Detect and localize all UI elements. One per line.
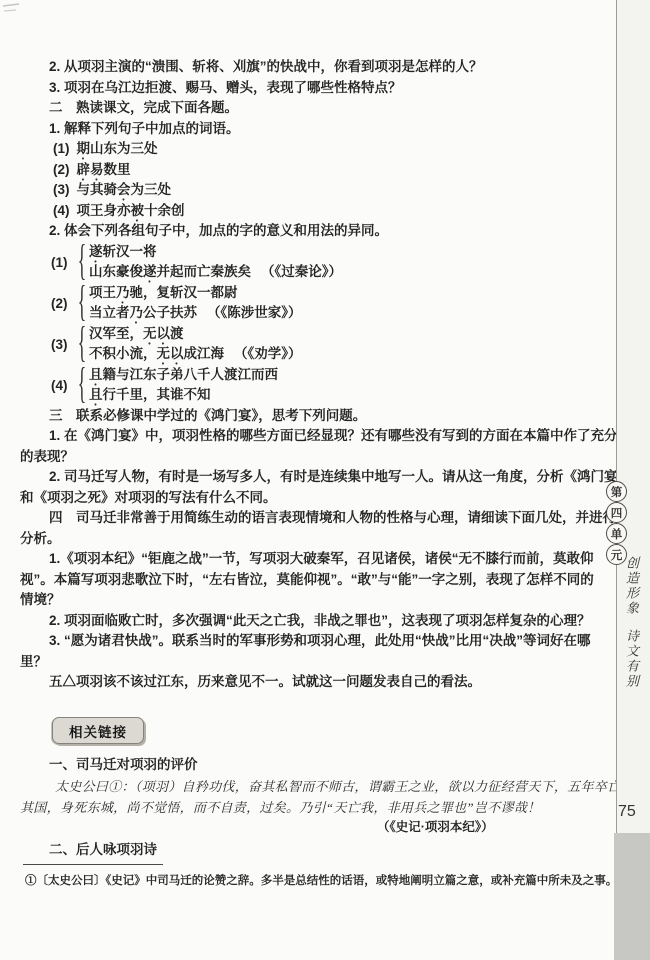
exercise-line: 视”。本篇写项羽悲歌泣下时，“左右皆泣，莫能仰视”。“敢”与“能”一字之别，表现… bbox=[20, 570, 605, 591]
page-edge-line bbox=[616, 0, 617, 960]
exercise-line: 3. 项羽在乌江边拒渡、赐马、赠头，表现了哪些性格特点？ bbox=[20, 78, 605, 99]
exercise-line: 里？ bbox=[20, 652, 605, 673]
exercise-line: 情境？ bbox=[20, 590, 605, 611]
section-heading: 三 联系必修课中学过的《鸿门宴》，思考下列问题。 bbox=[20, 406, 605, 427]
quote-line: 太史公曰①：（项羽）自矜功伐，奋其私智而不师古，谓霸王之业，欲以力征经营天下，五… bbox=[55, 776, 620, 795]
sentence-pair: (3) 汉军至，无以渡 不积小流，无以成江海（《劝学》） bbox=[20, 324, 605, 365]
source-citation: （《陈涉世家》） bbox=[207, 305, 302, 320]
dotted-word: 且 bbox=[89, 387, 103, 402]
dotted-word: 辟易 bbox=[77, 162, 104, 177]
exercise-line: 1. 解释下列句子中加点的词语。 bbox=[20, 119, 605, 140]
dotted-word: 且 bbox=[89, 367, 103, 382]
textbook-page: { "page": { "number": "75", "unit_chars"… bbox=[0, 0, 650, 960]
unit-char-circle: 元 bbox=[606, 544, 627, 565]
pair-sentence: 且行千里，其谁不知 bbox=[89, 385, 278, 406]
pair-sentence: 不积小流，无以成江海（《劝学》） bbox=[89, 344, 302, 365]
sentence-pair: (2) 项王乃驰，复斩汉一都尉 当立者乃公子扶苏（《陈涉世家》） bbox=[20, 283, 605, 324]
exercise-line: 2. 司马迁写人物，有时是一场写多人，有时是连续集中地写一人。请从这一角度，分析… bbox=[20, 467, 605, 488]
item-number: (2) bbox=[51, 296, 75, 311]
item-number: (2) bbox=[53, 160, 70, 181]
unit-char-circle: 四 bbox=[606, 502, 627, 523]
related-links-label: 相关链接 bbox=[69, 721, 127, 741]
dotted-word: 被 bbox=[131, 203, 145, 218]
brace-icon bbox=[77, 361, 87, 409]
sentence-pair: (1) 遂斩汉一将 山东豪俊遂并起而亡秦族矣（《过秦论》） bbox=[20, 242, 605, 283]
section-heading: 二 熟读课文，完成下面各题。 bbox=[20, 98, 605, 119]
exercise-line: 分析。 bbox=[20, 529, 605, 550]
footnote-divider bbox=[23, 864, 163, 865]
dotted-word: 遂 bbox=[143, 264, 157, 279]
word-item: (1)期山东为三处 bbox=[20, 139, 605, 160]
exercise-line: 1.《项羽本纪》“钜鹿之战”一节，写项羽大破秦军，召见诸侯，诸侯“无不膝行而前，… bbox=[20, 549, 605, 570]
page-edge-shading bbox=[614, 833, 650, 960]
item-number: (4) bbox=[51, 378, 75, 393]
pair-sentence: 山东豪俊遂并起而亡秦族矣（《过秦论》） bbox=[89, 262, 342, 283]
exercise-line: 2. 从项羽主演的“溃围、斩将、刈旗”的快战中，你看到项羽是怎样的人？ bbox=[20, 57, 605, 78]
exercise-line: 的表现？ bbox=[20, 447, 605, 468]
section-heading: 五△项羽该不该过江东，历来意见不一。试就这一问题发表自己的看法。 bbox=[20, 672, 605, 693]
unit-subtitle: 创造形象诗文有别 bbox=[622, 556, 641, 706]
source-citation: （《劝学》） bbox=[234, 346, 302, 361]
dotted-word: 无以 bbox=[157, 346, 184, 361]
related-links-badge: 相关链接 bbox=[52, 717, 144, 744]
dotted-word: 乃 bbox=[116, 285, 130, 300]
pair-sentence: 汉军至，无以渡 bbox=[89, 324, 302, 345]
word-item: (3)与其骑会为三处 bbox=[20, 180, 605, 201]
word-item: (4)项王身亦被十余创 bbox=[20, 201, 605, 222]
source-citation: （《过秦论》） bbox=[261, 264, 342, 279]
quote-line: 其国，身死东城，尚不觉悟，而不自责，过矣。乃引“天亡我，非用兵之罪也”岂不谬哉！ bbox=[20, 797, 540, 816]
pair-sentence: 当立者乃公子扶苏（《陈涉世家》） bbox=[89, 303, 302, 324]
exercise-line: 2. 体会下列各组句子中，加点的字的意义和用法的异同。 bbox=[20, 221, 605, 242]
footnote: ①〔太史公曰〕《史记》中司马迁的论赞之辞。多半是总结性的话语，或特地阐明立篇之意… bbox=[25, 874, 625, 889]
exercise-line: 和《项羽之死》对项羽的写法有什么不同。 bbox=[20, 488, 605, 509]
pair-sentence: 项王乃驰，复斩汉一都尉 bbox=[89, 283, 302, 304]
dotted-word: 无以 bbox=[143, 326, 170, 341]
item-number: (3) bbox=[51, 337, 75, 352]
link-heading-2: 二、后人咏项羽诗 bbox=[49, 838, 157, 858]
item-number: (1) bbox=[51, 255, 75, 270]
pair-sentence: 且籍与江东子弟八千人渡江而西 bbox=[89, 365, 278, 386]
scan-artifact-icon bbox=[2, 2, 22, 14]
exercise-line: 2. 项羽面临败亡时，多次强调“此天之亡我，非战之罪也”，这表现了项羽怎样复杂的… bbox=[20, 611, 605, 632]
quote-source: （《史记·项羽本纪》） bbox=[377, 817, 494, 835]
item-number: (4) bbox=[53, 201, 70, 222]
exercise-line: 1. 在《鸿门宴》中，项羽性格的哪些方面已经显现？还有哪些没有写到的方面在本篇中… bbox=[20, 426, 605, 447]
page-number: 75 bbox=[618, 803, 636, 821]
dotted-word: 期 bbox=[77, 141, 91, 156]
link-heading-1: 一、司马迁对项羽的评价 bbox=[49, 753, 198, 773]
exercise-line: 3. “愿为诸君快战”。联系当时的军事形势和项羽心理，此处用“快战”比用“决战”… bbox=[20, 631, 605, 652]
word-item: (2)辟易数里 bbox=[20, 160, 605, 181]
item-number: (1) bbox=[53, 139, 70, 160]
page-right-margin bbox=[617, 0, 650, 833]
unit-char-circle: 第 bbox=[606, 481, 627, 502]
dotted-word: 会 bbox=[117, 182, 131, 197]
item-number: (3) bbox=[53, 180, 70, 201]
pair-sentence: 遂斩汉一将 bbox=[89, 242, 342, 263]
section-heading: 四 司马迁非常善于用简练生动的语言表现情境和人物的性格与心理，请细读下面几处，并… bbox=[20, 508, 605, 529]
unit-char-circle: 单 bbox=[606, 523, 627, 544]
sentence-pair: (4) 且籍与江东子弟八千人渡江而西 且行千里，其谁不知 bbox=[20, 365, 605, 406]
exercise-column: 2. 从项羽主演的“溃围、斩将、刈旗”的快战中，你看到项羽是怎样的人？ 3. 项… bbox=[20, 57, 605, 693]
dotted-word: 乃 bbox=[130, 305, 144, 320]
dotted-word: 遂 bbox=[89, 244, 103, 259]
